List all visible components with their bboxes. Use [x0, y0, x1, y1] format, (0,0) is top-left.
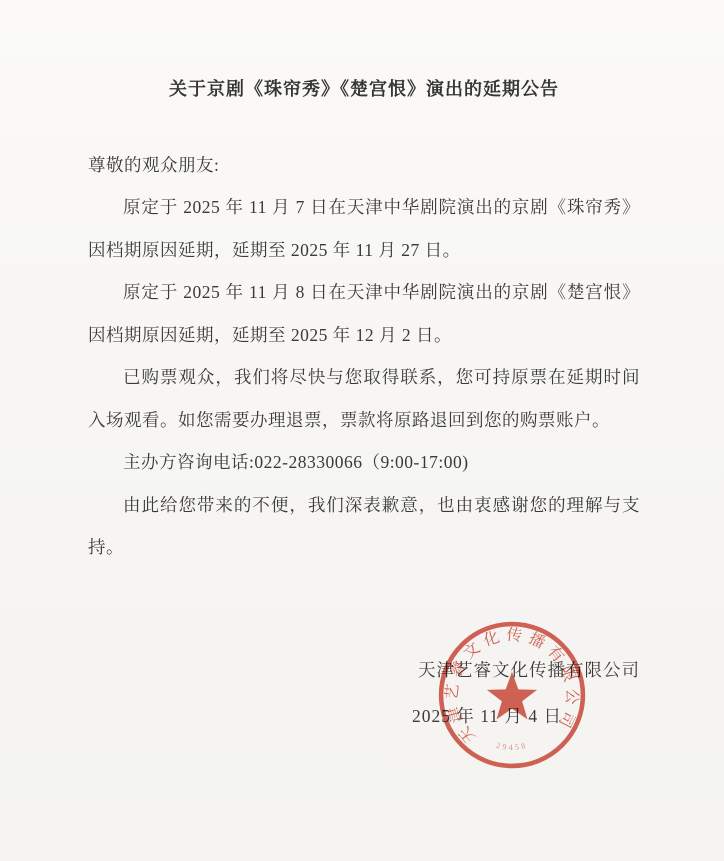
page-title: 关于京剧《珠帘秀》《楚宫恨》演出的延期公告 — [88, 76, 640, 102]
signature-block: 天津艺睿文化传播有限公司 2025 年 11 月 4 日 — [88, 647, 640, 739]
seal-serial-number: 29458 — [495, 741, 529, 752]
paragraph-hotline: 主办方咨询电话:022-28330066（9:00-17:00) — [88, 441, 640, 484]
paragraph-chugonghen-postponement: 原定于 2025 年 11 月 8 日在天津中华剧院演出的京剧《楚宫恨》因档期原… — [88, 271, 640, 356]
scanned-notice-page: 关于京剧《珠帘秀》《楚宫恨》演出的延期公告 尊敬的观众朋友: 原定于 2025 … — [0, 0, 724, 861]
svg-text:29458: 29458 — [495, 741, 529, 752]
signature-company: 天津艺睿文化传播有限公司 — [88, 647, 640, 693]
notice-body: 关于京剧《珠帘秀》《楚宫恨》演出的延期公告 尊敬的观众朋友: 原定于 2025 … — [0, 76, 724, 739]
signature-date: 2025 年 11 月 4 日 — [88, 693, 640, 739]
salutation: 尊敬的观众朋友: — [88, 144, 640, 186]
paragraph-zhulianxiu-postponement: 原定于 2025 年 11 月 7 日在天津中华剧院演出的京剧《珠帘秀》因档期原… — [88, 186, 640, 271]
paragraph-ticket-refund-info: 已购票观众，我们将尽快与您取得联系，您可持原票在延期时间入场观看。如您需要办理退… — [88, 356, 640, 441]
paragraph-apology: 由此给您带来的不便，我们深表歉意，也由衷感谢您的理解与支持。 — [88, 484, 640, 569]
